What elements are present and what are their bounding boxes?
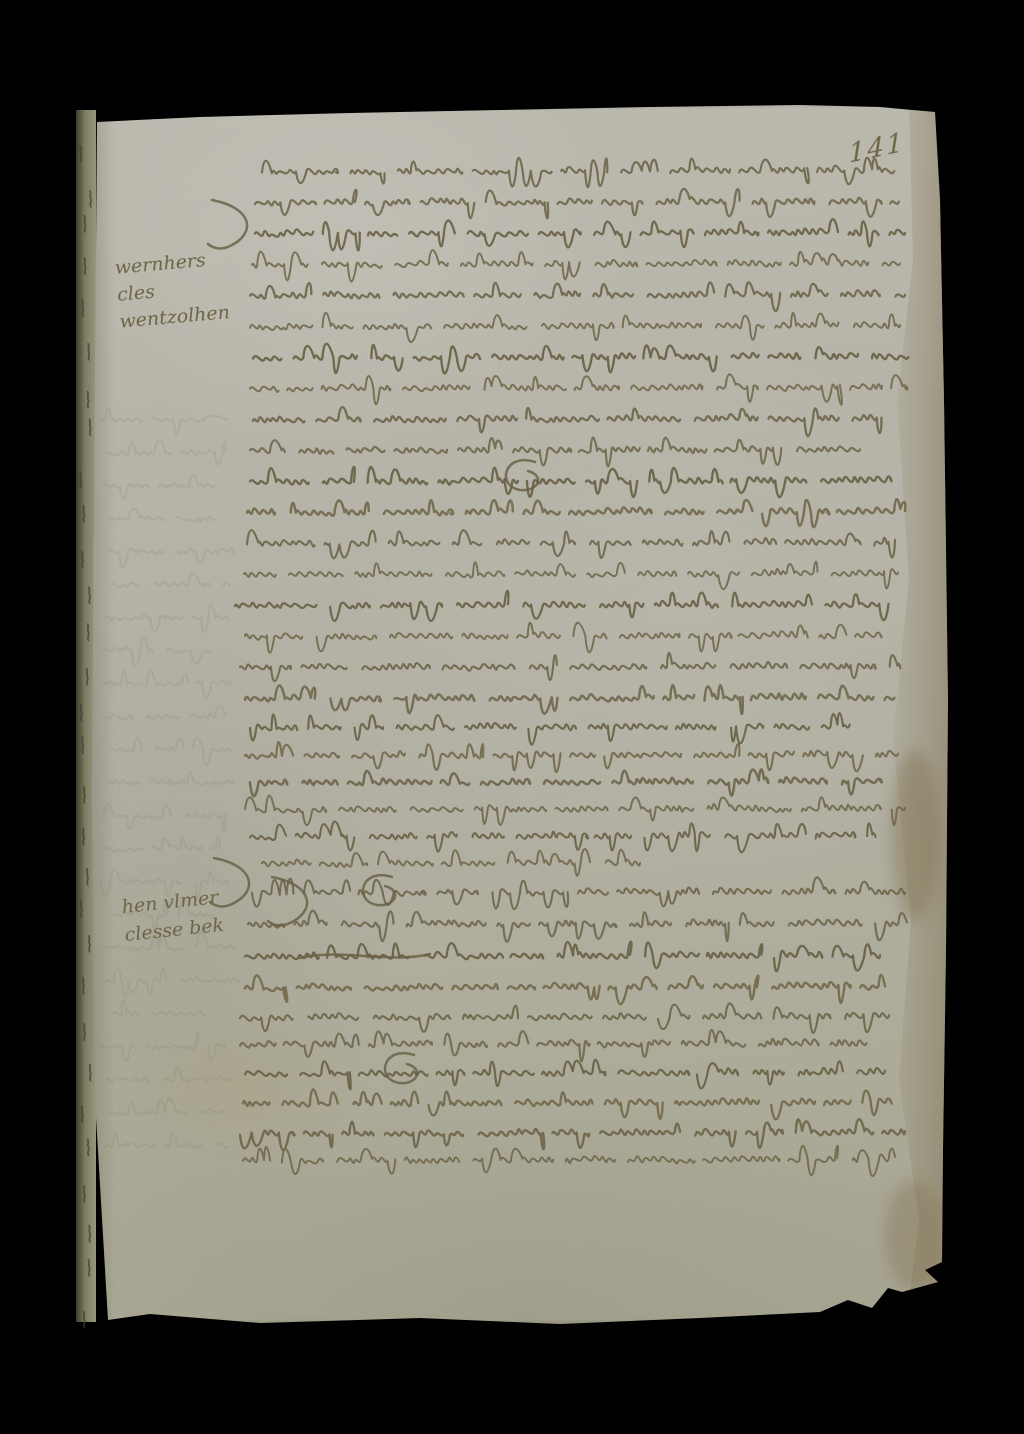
photograph-backdrop: 141 wernhers cles wentzolhen hen vlmer c…	[0, 0, 1024, 1434]
margin-note-case-1: wernhers cles wentzolhen	[114, 245, 231, 335]
right-edge-stain	[879, 100, 957, 1332]
stain-blotch	[885, 1180, 941, 1290]
paper-tear-speck	[145, 107, 156, 120]
stain-blotch	[891, 750, 939, 920]
folio-number: 141	[848, 127, 905, 170]
manuscript-page: 141 wernhers cles wentzolhen hen vlmer c…	[85, 100, 957, 1332]
bottom-edge-shadow	[85, 1318, 957, 1332]
margin-note-case-2: hen vlmer clesse bek	[120, 883, 225, 949]
